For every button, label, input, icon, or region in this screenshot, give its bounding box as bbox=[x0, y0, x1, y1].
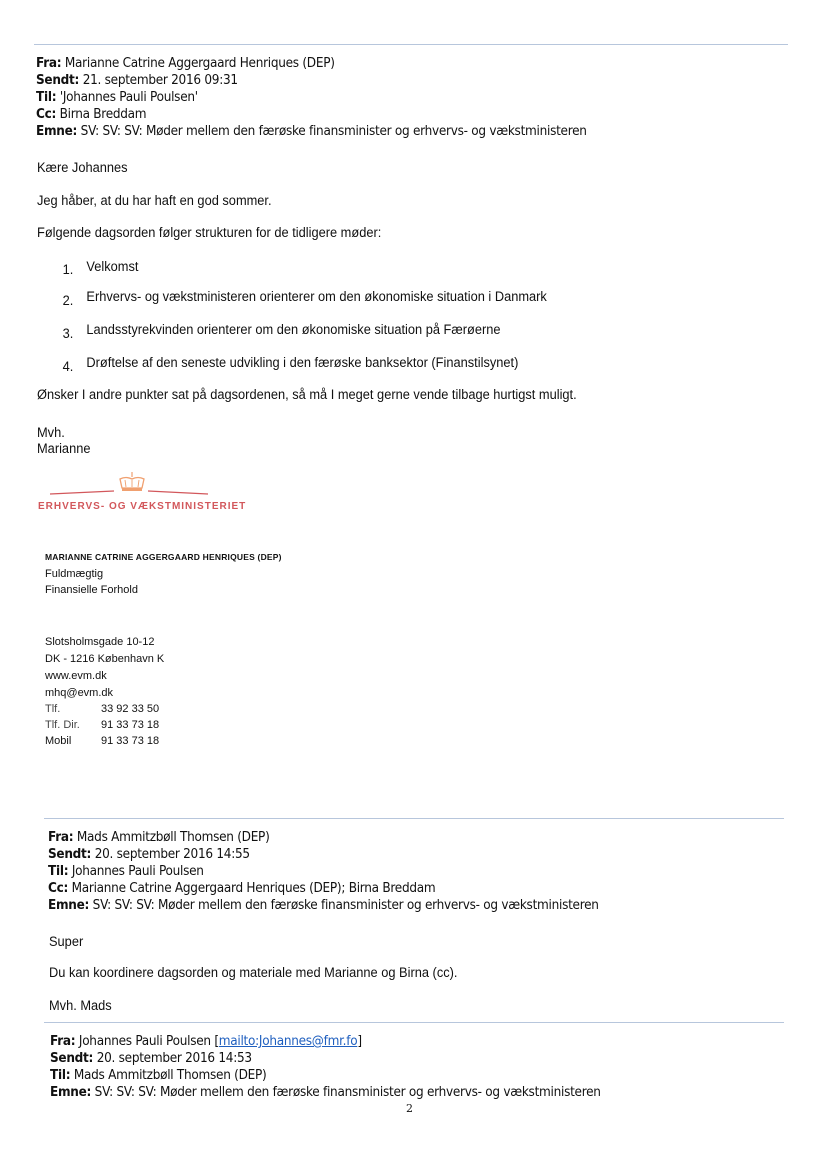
from-value: Mads Ammitzbøll Thomsen (DEP) bbox=[77, 830, 270, 845]
email-header-1: Fra: Marianne Catrine Aggergaard Henriqu… bbox=[36, 55, 587, 140]
email-header-2: Fra: Mads Ammitzbøll Thomsen (DEP) Sendt… bbox=[48, 829, 599, 914]
body-paragraph: Ønsker I andre punkter sat på dagsordene… bbox=[37, 387, 577, 402]
email-address[interactable]: mhq@evm.dk bbox=[45, 687, 113, 699]
from-row: Fra: Mads Ammitzbøll Thomsen (DEP) bbox=[48, 829, 599, 846]
sent-value: 21. september 2016 09:31 bbox=[83, 73, 238, 88]
closing-name: Marianne bbox=[37, 441, 90, 456]
body-paragraph: Jeg håber, at du har haft en god sommer. bbox=[37, 193, 272, 208]
email-separator bbox=[44, 818, 784, 819]
cc-value: Marianne Catrine Aggergaard Henriques (D… bbox=[72, 881, 436, 896]
greeting: Kære Johannes bbox=[37, 160, 128, 175]
signature-block: MARIANNE CATRINE AGGERGAARD HENRIQUES (D… bbox=[45, 552, 282, 596]
ministry-logo: Erhvervs- og Vækstministeriet bbox=[34, 470, 254, 520]
cc-row: Cc: Birna Breddam bbox=[36, 106, 587, 123]
from-row: Fra: Marianne Catrine Aggergaard Henriqu… bbox=[36, 55, 587, 72]
to-value: Mads Ammitzbøll Thomsen (DEP) bbox=[74, 1068, 267, 1083]
subject-row: Emne: SV: SV: SV: Møder mellem den færøs… bbox=[36, 123, 587, 140]
signature-name: MARIANNE CATRINE AGGERGAARD HENRIQUES (D… bbox=[45, 552, 282, 562]
subject-row: Emne: SV: SV: SV: Møder mellem den færøs… bbox=[50, 1084, 601, 1101]
sent-value: 20. september 2016 14:53 bbox=[97, 1051, 252, 1066]
to-row: Til: 'Johannes Pauli Poulsen' bbox=[36, 89, 587, 106]
page-number: 2 bbox=[406, 1102, 413, 1115]
from-value: Marianne Catrine Aggergaard Henriques (D… bbox=[65, 56, 335, 71]
ministry-logo-text: Erhvervs- og Vækstministeriet bbox=[38, 501, 246, 512]
crown-icon bbox=[34, 470, 254, 502]
email-separator bbox=[44, 1022, 784, 1023]
sent-value: 20. september 2016 14:55 bbox=[95, 847, 250, 862]
sent-row: Sendt: 21. september 2016 09:31 bbox=[36, 72, 587, 89]
body-paragraph: Du kan koordinere dagsorden og materiale… bbox=[49, 965, 457, 980]
contact-block: Slotsholmsgade 10-12 DK - 1216 København… bbox=[45, 636, 245, 756]
address-line: DK - 1216 København K bbox=[45, 653, 164, 665]
document-page: Fra: Marianne Catrine Aggergaard Henriqu… bbox=[0, 0, 828, 1169]
to-row: Til: Johannes Pauli Poulsen bbox=[48, 863, 599, 880]
subject-row: Emne: SV: SV: SV: Møder mellem den færøs… bbox=[48, 897, 599, 914]
signature-department: Finansielle Forhold bbox=[45, 584, 282, 596]
mailto-link[interactable]: mailto:Johannes@fmr.fo bbox=[219, 1034, 358, 1049]
subject-value: SV: SV: SV: Møder mellem den færøske fin… bbox=[93, 898, 599, 913]
body-paragraph: Super bbox=[49, 934, 83, 949]
subject-value: SV: SV: SV: Møder mellem den færøske fin… bbox=[95, 1085, 601, 1100]
sent-row: Sendt: 20. september 2016 14:53 bbox=[50, 1050, 601, 1067]
closing: Mvh. Mads bbox=[49, 998, 112, 1013]
cc-value: Birna Breddam bbox=[60, 107, 147, 122]
cc-row: Cc: Marianne Catrine Aggergaard Henrique… bbox=[48, 880, 599, 897]
email-header-3: Fra: Johannes Pauli Poulsen [mailto:Joha… bbox=[50, 1033, 601, 1101]
signature-title: Fuldmægtig bbox=[45, 568, 282, 580]
to-value: 'Johannes Pauli Poulsen' bbox=[60, 90, 198, 105]
website[interactable]: www.evm.dk bbox=[45, 670, 107, 682]
to-value: Johannes Pauli Poulsen bbox=[72, 864, 204, 879]
subject-value: SV: SV: SV: Møder mellem den færøske fin… bbox=[81, 124, 587, 139]
closing: Mvh. bbox=[37, 425, 65, 440]
body-paragraph: Følgende dagsorden følger strukturen for… bbox=[37, 225, 381, 240]
to-row: Til: Mads Ammitzbøll Thomsen (DEP) bbox=[50, 1067, 601, 1084]
address-line: Slotsholmsgade 10-12 bbox=[45, 636, 154, 648]
sent-row: Sendt: 20. september 2016 14:55 bbox=[48, 846, 599, 863]
email-separator bbox=[34, 44, 788, 45]
from-value: Johannes Pauli Poulsen [ bbox=[79, 1034, 219, 1049]
from-row: Fra: Johannes Pauli Poulsen [mailto:Joha… bbox=[50, 1033, 601, 1050]
